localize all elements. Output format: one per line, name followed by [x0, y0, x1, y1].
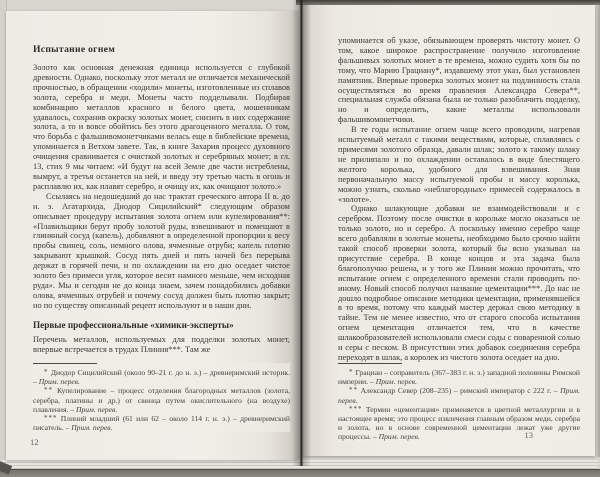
paragraph: Однако шлакующие добавки не взаимодейств… [338, 204, 580, 363]
footnote-marker: *** [44, 414, 58, 422]
table-surface [0, 469, 600, 477]
footnote: * Диодор Сицилийский (около 90–21 г. до … [33, 368, 290, 386]
footnote: ** Александр Север (208–235) – римский и… [338, 386, 580, 404]
footnote-attribution: Прим. перев. [379, 432, 420, 441]
footnote-marker: * [349, 368, 354, 376]
chapter-heading: Испытание огнем [33, 44, 290, 55]
book-spread: Испытание огнем Золото как основная дене… [0, 0, 600, 477]
paragraph: Ссылаясь на недошедший до нас трактат гр… [33, 192, 290, 311]
footnote-text: Александр Север (208–235) – римский импе… [361, 386, 561, 395]
footnote-marker: * [44, 368, 49, 376]
page-number: 13 [525, 430, 534, 440]
page-edge-right [595, 5, 600, 457]
footnote-attribution: Прим. перев. [376, 377, 417, 386]
left-page-footnotes: * Диодор Сицилийский (около 90–21 г. до … [33, 363, 290, 432]
footnote-text: Термин «цементация» применяется в цветно… [338, 405, 580, 442]
footnote-text: Купелирование – процесс отделения благор… [33, 386, 290, 413]
left-page-body: Испытание огнем Золото как основная дене… [33, 44, 290, 364]
footnote-attribution: Прим. перев. [76, 405, 117, 414]
right-page: упоминается об указе, обязывающем провер… [302, 5, 595, 456]
paragraph: Золото как основная денежная единица исп… [33, 63, 290, 192]
paragraph: В те годы испытание огнем чаще всего про… [338, 125, 580, 204]
page-number: 12 [30, 437, 39, 447]
footnote-separator [33, 363, 97, 364]
right-page-body: упоминается об указе, обязывающем провер… [338, 36, 580, 363]
footnote: * Грациан – соправитель (367–383 г. н. э… [338, 368, 580, 386]
page-stack-edge [2, 460, 598, 469]
footnote-marker: ** [44, 386, 53, 394]
footnote-attribution: Прим. перев. [71, 423, 112, 432]
paragraph: упоминается об указе, обязывающем провер… [338, 36, 580, 125]
footnote-attribution: Прим. перев. [39, 377, 80, 386]
footnote-text: Грациан – соправитель (367–383 г. н. э.)… [338, 368, 580, 386]
footnote-marker: ** [349, 386, 358, 394]
footnote-separator [338, 363, 402, 364]
paragraph: Перечень металлов, используемых для подд… [33, 335, 290, 355]
footnote: *** Плиний младший (61 или 62 – около 11… [33, 414, 290, 432]
footnote-marker: *** [349, 405, 363, 413]
footnote: ** Купелирование – процесс отделения бла… [33, 386, 290, 414]
right-page-footnotes: * Грациан – соправитель (367–383 г. н. э… [338, 363, 580, 442]
section-heading: Первые профессиональные «химики-эксперты… [33, 320, 290, 330]
left-page: Испытание огнем Золото как основная дене… [6, 11, 298, 460]
footnote: *** Термин «цементация» применяется в цв… [338, 405, 580, 442]
